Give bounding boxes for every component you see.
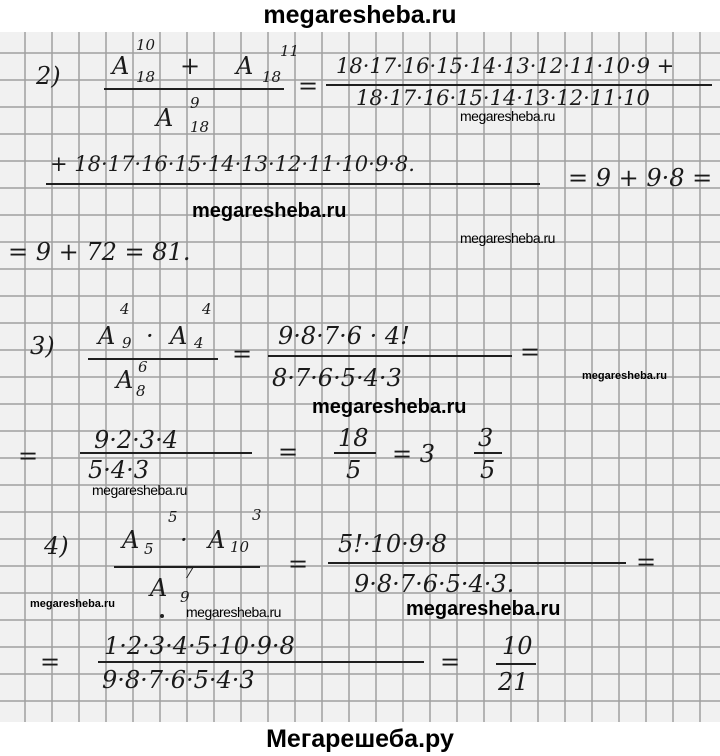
numerator-expression: 1·2·3·4·5·10·9·8 — [104, 632, 295, 660]
watermark-bullet — [160, 614, 164, 618]
fraction-bar — [334, 452, 376, 454]
subscript: 4 — [194, 334, 204, 352]
arrangement-symbol: A — [156, 104, 173, 132]
equals-sign: = — [278, 438, 298, 466]
numerator-expression: 9·8·7·6 · 4! — [278, 322, 410, 350]
numerator-expression: 5!·10·9·8 — [338, 530, 447, 558]
equals-sign: = — [636, 548, 656, 576]
plus-sign: + — [180, 52, 200, 80]
denominator-expression: 18·17·16·15·14·13·12·11·10 — [356, 86, 650, 110]
superscript: 10 — [136, 36, 155, 54]
watermark: megaresheba.ru — [582, 370, 667, 382]
watermark: megaresheba.ru — [92, 482, 187, 498]
watermark: megaresheba.ru — [192, 200, 347, 223]
graph-paper-sheet: 2) A 10 18 + A 11 18 A 9 18 = 18·17·16·1… — [0, 32, 720, 722]
subscript: 18 — [262, 68, 281, 86]
arrangement-symbol: A — [98, 322, 115, 350]
fraction-numerator: 10 — [502, 632, 533, 660]
mixed-numerator: 3 — [478, 424, 493, 452]
fraction-bar — [328, 562, 626, 564]
fraction-denominator: 21 — [498, 668, 529, 696]
subscript: 18 — [190, 118, 209, 136]
watermark: megaresheba.ru — [460, 108, 555, 124]
fraction-bar — [88, 358, 218, 360]
equals-sign: = — [18, 442, 38, 470]
arrangement-symbol: A — [112, 52, 129, 80]
fraction-bar — [80, 452, 252, 454]
problem-label: 3) — [30, 332, 55, 360]
fraction-bar — [474, 452, 502, 454]
equals-sign: = — [288, 550, 308, 578]
final-result: = 9 + 72 = 81. — [8, 238, 190, 266]
watermark: megaresheba.ru — [312, 396, 467, 419]
arrangement-symbol: A — [116, 366, 133, 394]
fraction-bar — [98, 661, 424, 663]
problem-label: 4) — [44, 532, 69, 560]
fraction-bar — [104, 88, 284, 90]
superscript: 5 — [168, 508, 178, 526]
dot-operator: · — [180, 526, 188, 554]
subscript: 8 — [136, 382, 146, 400]
arrangement-symbol: A — [122, 526, 139, 554]
watermark: megaresheba.ru — [406, 598, 561, 621]
equals-sign: = — [520, 338, 540, 366]
subscript: 10 — [230, 538, 249, 556]
dot-operator: · — [146, 322, 154, 350]
equals-sign: = — [440, 648, 460, 676]
fraction-numerator: 18 — [338, 424, 369, 452]
fraction-bar — [46, 183, 540, 185]
superscript: 4 — [120, 300, 130, 318]
fraction-bar — [268, 355, 512, 357]
subscript: 9 — [122, 334, 132, 352]
numerator-expression: 9·2·3·4 — [94, 426, 178, 454]
equals-sign: = — [298, 72, 318, 100]
site-header[interactable]: megaresheba.ru — [0, 0, 720, 32]
arrangement-symbol: A — [150, 574, 167, 602]
denominator-expression: 8·7·6·5·4·3 — [272, 364, 402, 392]
superscript: 3 — [252, 506, 262, 524]
arrangement-symbol: A — [208, 526, 225, 554]
superscript: 11 — [280, 42, 299, 60]
numerator-continuation: + 18·17·16·15·14·13·12·11·10·9·8. — [50, 152, 415, 176]
arrangement-symbol: A — [236, 52, 253, 80]
denominator-expression: 5·4·3 — [88, 456, 149, 484]
subscript: 18 — [136, 68, 155, 86]
superscript: 4 — [202, 300, 212, 318]
fraction-bar — [496, 663, 536, 665]
intermediate-result: = 9 + 9·8 = — [568, 164, 712, 192]
denominator-expression: 9·8·7·6·5·4·3. — [354, 570, 514, 598]
watermark: megaresheba.ru — [460, 230, 555, 246]
watermark: megaresheba.ru — [30, 598, 115, 610]
equals-sign: = — [232, 340, 252, 368]
approx-result: = 3 — [392, 440, 435, 468]
numerator-expression: 18·17·16·15·14·13·12·11·10·9 + — [336, 54, 674, 78]
site-footer[interactable]: Мегарешеба.ру — [0, 722, 720, 756]
mixed-denominator: 5 — [480, 456, 495, 484]
superscript: 9 — [190, 94, 200, 112]
superscript: 6 — [138, 358, 148, 376]
subscript: 5 — [144, 540, 154, 558]
fraction-denominator: 5 — [346, 456, 361, 484]
watermark: megaresheba.ru — [186, 604, 281, 620]
problem-label: 2) — [36, 62, 61, 90]
denominator-expression: 9·8·7·6·5·4·3 — [102, 666, 255, 694]
superscript: 7 — [184, 564, 194, 582]
arrangement-symbol: A — [170, 322, 187, 350]
equals-sign: = — [40, 648, 60, 676]
